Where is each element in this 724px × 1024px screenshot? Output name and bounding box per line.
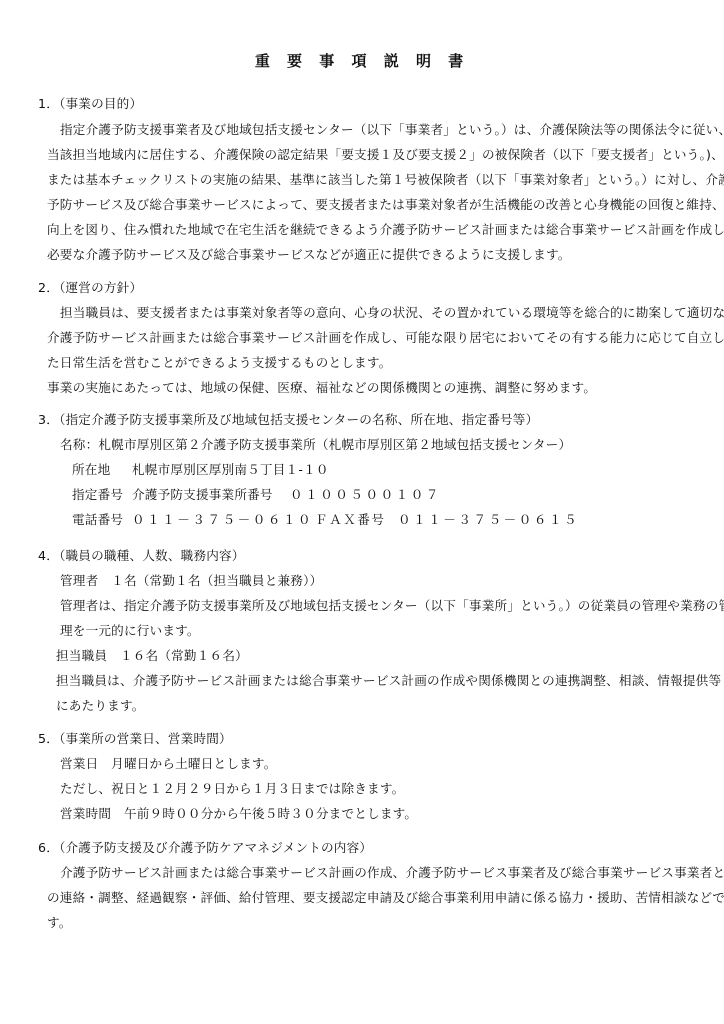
paragraph-line: 介護予防サービス計画または総合事業サービス計画を作成し、可能な限り居宅においてそ… bbox=[47, 330, 724, 346]
section-heading: 1．（事業の目的） bbox=[38, 96, 142, 112]
address-label: 所在地 bbox=[72, 462, 110, 478]
staff-description: 担当職員は、介護予防サービス計画または総合事業サービス計画の作成や関係機関との連… bbox=[56, 673, 721, 689]
business-hours: 営業時間 午前９時００分から午後５時３０分までとします。 bbox=[60, 806, 417, 822]
fax-value: ０１１－３７５－０６１５ bbox=[398, 512, 579, 528]
paragraph-line: た日常生活を営むことができるよう支援するものとします。 bbox=[47, 355, 391, 371]
paragraph-line: 担当職員は、要支援者または事業対象者等の意向、心身の状況、その置かれている環境等… bbox=[60, 305, 724, 321]
paragraph-line: す。 bbox=[47, 915, 72, 931]
designation-number: ０１００５００１０７ bbox=[290, 487, 441, 503]
section-heading: 6．（介護予防支援及び介護予防ケアマネジメントの内容） bbox=[38, 840, 372, 856]
designation-type: 介護予防支援事業所番号 bbox=[132, 487, 273, 503]
section-heading: 4．（職員の職種、人数、職務内容） bbox=[38, 548, 245, 564]
manager-line: 管理者 １名（常勤１名（担当職員と兼務）） bbox=[60, 573, 322, 589]
paragraph-line: 向上を図り、住み慣れた地域で在宅生活を継続できるよう介護予防サービス計画または総… bbox=[47, 222, 724, 238]
paragraph-line: 指定介護予防支援事業者及び地域包括支援センター（以下「事業者」という。）は、介護… bbox=[60, 122, 724, 138]
paragraph-line: 事業の実施にあたっては、地域の保健、医療、福祉などの関係機関との連携、調整に努め… bbox=[47, 380, 596, 396]
paragraph-line: 当該担当地域内に居住する、介護保険の認定結果「要支援１及び要支援２」の被保険者（… bbox=[47, 147, 724, 163]
manager-description: 管理者は、指定介護予防支援事業所及び地域包括支援センター（以下「事業所」という。… bbox=[60, 598, 724, 614]
paragraph-line: または基本チェックリストの実施の結果、基準に該当した第１号被保険者（以下「事業対… bbox=[47, 172, 724, 188]
staff-line: 担当職員 １６名（常勤１６名） bbox=[56, 648, 248, 664]
section-heading: 5．（事業所の営業日、営業時間） bbox=[38, 731, 232, 747]
section-heading: 3．（指定介護予防支援事業所及び地域包括支援センターの名称、所在地、指定番号等） bbox=[38, 412, 538, 428]
holiday-note: ただし、祝日と１２月２９日から１月３日までは除きます。 bbox=[60, 781, 404, 797]
address-value: 札幌市厚別区厚別南５丁目１-１０ bbox=[132, 462, 329, 478]
business-days: 営業日 月曜日から土曜日とします。 bbox=[60, 756, 277, 772]
paragraph-line: 予防サービス及び総合事業サービスによって、要支援者または事業対象者が生活機能の改… bbox=[47, 197, 724, 213]
document-title: 重 要 事 項 説 明 書 bbox=[0, 50, 724, 71]
section-heading: 2．（運営の方針） bbox=[38, 280, 142, 296]
office-name: 名称：札幌市厚別区第２介護予防支援事業所（札幌市厚別区第２地域包括支援センター） bbox=[60, 437, 571, 453]
phone-label: 電話番号 bbox=[72, 512, 123, 528]
phone-value: ０１１－３７５－０６１０ bbox=[132, 512, 313, 528]
staff-description: にあたります。 bbox=[56, 698, 145, 714]
fax-label: ＦＡＸ番号 bbox=[315, 512, 385, 528]
paragraph-line: 必要な介護予防サービス及び総合事業サービスなどが適正に提供できるように支援します… bbox=[47, 247, 571, 263]
paragraph-line: の連絡・調整、経過観察・評価、給付管理、要支援認定申請及び総合事業利用申請に係る… bbox=[47, 890, 724, 906]
designation-label: 指定番号 bbox=[72, 487, 123, 503]
paragraph-line: 介護予防サービス計画または総合事業サービス計画の作成、介護予防サービス事業者及び… bbox=[60, 865, 724, 881]
manager-description: 理を一元的に行います。 bbox=[60, 623, 200, 639]
